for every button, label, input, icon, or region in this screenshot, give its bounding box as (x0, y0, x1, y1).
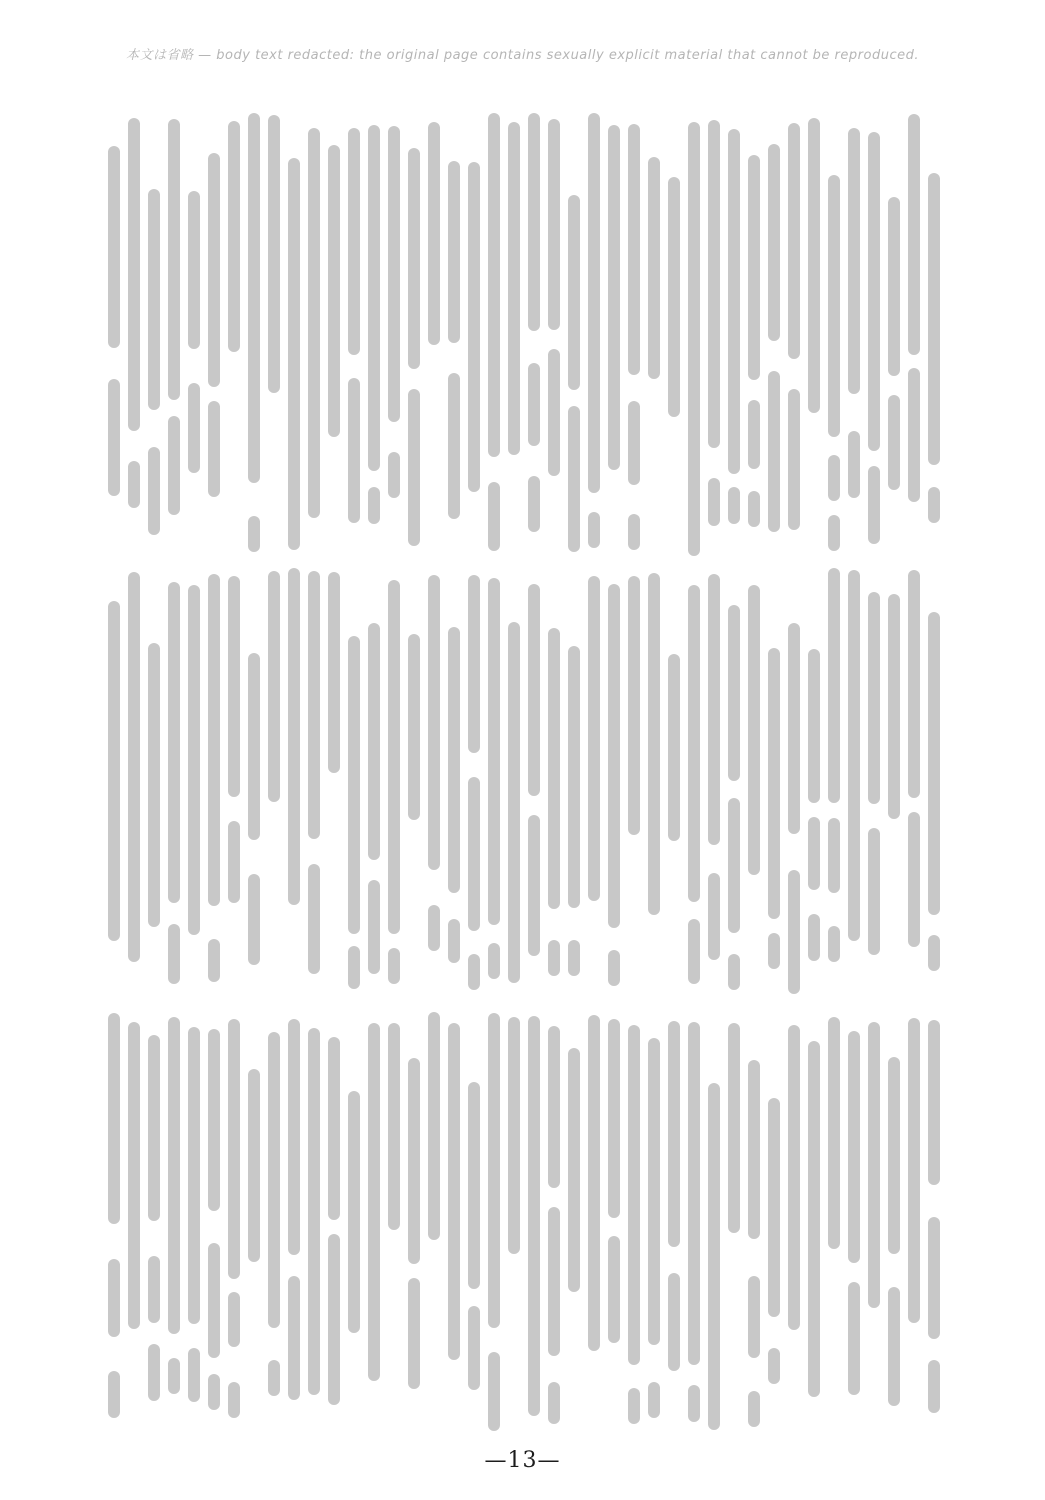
redacted-text-column (448, 568, 460, 963)
redacted-text-run (168, 1358, 180, 1394)
redacted-text-column (308, 112, 320, 544)
redacted-text-column (348, 112, 360, 557)
paragraph-gap (188, 1324, 200, 1348)
redacted-text-run (608, 950, 620, 986)
redacted-text-run (628, 576, 640, 835)
redacted-text-run (468, 575, 480, 753)
paragraph-gap (448, 893, 460, 919)
redacted-text-run (408, 389, 420, 546)
paragraph-gap (928, 465, 940, 487)
column-indent (628, 1012, 640, 1025)
redacted-text-run (828, 515, 840, 551)
redacted-text-run (108, 146, 120, 348)
redacted-text-column (288, 1012, 300, 1419)
redacted-text-run (288, 568, 300, 905)
redacted-text-column (648, 1012, 660, 1418)
redaction-notice: 本文は省略 — body text redacted: the original… (0, 44, 1045, 63)
redacted-text-run (648, 1382, 660, 1418)
redacted-text-column (528, 1012, 540, 1416)
redacted-text-column (808, 568, 820, 961)
column-indent (168, 568, 180, 582)
redacted-text-column (308, 568, 320, 974)
paragraph-gap (468, 1289, 480, 1306)
column-indent (388, 112, 400, 126)
redacted-text-run (688, 919, 700, 984)
column-indent (548, 568, 560, 628)
redacted-text-column (368, 568, 380, 974)
redacted-text-run (888, 197, 900, 376)
redacted-text-column (608, 112, 620, 470)
paragraph-gap (668, 1247, 680, 1273)
redacted-text-run (488, 482, 500, 551)
paragraph-gap (868, 451, 880, 466)
redacted-text-column (728, 112, 740, 524)
redacted-text-run (928, 1360, 940, 1413)
redacted-text-run (308, 1028, 320, 1395)
redacted-text-run (688, 1022, 700, 1365)
paragraph-gap (408, 1389, 420, 1408)
column-indent (548, 1012, 560, 1026)
redacted-text-column (388, 112, 400, 521)
redacted-text-run (608, 1236, 620, 1343)
redacted-text-run (808, 914, 820, 961)
redacted-text-run (548, 349, 560, 476)
column-indent (428, 112, 440, 122)
redacted-text-column (788, 1012, 800, 1330)
redacted-text-column (808, 1012, 820, 1397)
paragraph-gap (108, 941, 120, 976)
redacted-text-run (768, 371, 780, 532)
redacted-text-run (328, 145, 340, 437)
redacted-text-run (928, 487, 940, 523)
column-indent (348, 1012, 360, 1091)
redacted-text-run (388, 580, 400, 934)
redacted-text-run (288, 1019, 300, 1255)
redacted-text-column (888, 112, 900, 490)
redacted-text-run (268, 1032, 280, 1328)
redacted-text-run (628, 514, 640, 550)
column-indent (248, 1012, 260, 1069)
redacted-text-run (128, 461, 140, 508)
paragraph-gap (208, 1211, 220, 1243)
column-indent (388, 1012, 400, 1023)
redacted-text-column (848, 568, 860, 941)
redacted-text-run (248, 874, 260, 965)
paragraph-gap (408, 369, 420, 389)
paragraph-gap (768, 919, 780, 933)
redacted-text-run (388, 948, 400, 984)
redacted-text-column (908, 1012, 920, 1323)
redacted-text-column (108, 1012, 120, 1418)
paragraph-gap (928, 523, 940, 556)
paragraph-gap (928, 915, 940, 935)
column-indent (868, 568, 880, 592)
redacted-text-run (148, 189, 160, 410)
redacted-text-run (828, 455, 840, 501)
redacted-text-column (388, 1012, 400, 1230)
redacted-text-run (848, 570, 860, 941)
column-indent (368, 112, 380, 125)
redacted-text-column (768, 112, 780, 532)
redacted-text-run (568, 646, 580, 908)
redacted-text-column (868, 1012, 880, 1308)
paragraph-gap (928, 1339, 940, 1360)
redacted-text-run (628, 1388, 640, 1424)
redacted-text-run (348, 946, 360, 989)
column-indent (288, 112, 300, 158)
redacted-text-column (468, 568, 480, 990)
redacted-text-run (728, 798, 740, 933)
redacted-text-column (308, 1012, 320, 1419)
redacted-text-run (868, 592, 880, 804)
redacted-text-column (248, 112, 260, 552)
paragraph-gap (168, 400, 180, 416)
redacted-text-run (548, 628, 560, 909)
redacted-text-run (768, 648, 780, 919)
redacted-text-run (768, 1348, 780, 1384)
column-indent (888, 1012, 900, 1057)
redacted-text-column (428, 1012, 440, 1240)
redacted-text-run (148, 1035, 160, 1221)
column-indent (148, 1012, 160, 1035)
column-indent (308, 1012, 320, 1028)
redacted-text-run (588, 512, 600, 548)
redacted-text-column (188, 1012, 200, 1402)
paragraph-gap (548, 1188, 560, 1207)
column-indent (448, 1012, 460, 1023)
paragraph-gap (388, 422, 400, 452)
paragraph-gap (108, 1337, 120, 1371)
column-indent (408, 112, 420, 148)
redacted-text-run (748, 155, 760, 380)
redacted-text-column (508, 112, 520, 455)
redacted-text-column (368, 1012, 380, 1381)
redacted-text-run (368, 487, 380, 524)
column-indent (188, 568, 200, 585)
paragraph-gap (888, 376, 900, 395)
column-indent (808, 1012, 820, 1041)
paragraph-gap (768, 1317, 780, 1348)
redacted-text-run (688, 585, 700, 902)
redacted-text-run (348, 636, 360, 934)
redacted-text-column (228, 568, 240, 903)
column-indent (888, 568, 900, 594)
column-indent (208, 112, 220, 153)
redacted-text-run (108, 1013, 120, 1224)
redacted-text-run (268, 1360, 280, 1396)
redacted-text-run (888, 594, 900, 819)
redacted-text-run (728, 1023, 740, 1233)
redacted-text-run (228, 1019, 240, 1279)
column-indent (828, 112, 840, 175)
paragraph-gap (148, 1221, 160, 1256)
redacted-text-run (828, 568, 840, 803)
paragraph-gap (348, 355, 360, 378)
redacted-text-run (388, 452, 400, 498)
column-indent (668, 568, 680, 654)
paragraph-gap (528, 956, 540, 985)
column-indent (428, 568, 440, 575)
redacted-text-run (448, 1023, 460, 1360)
redacted-text-run (848, 1282, 860, 1395)
paragraph-gap (888, 1254, 900, 1287)
paragraph-gap (908, 798, 920, 812)
redacted-text-run (548, 940, 560, 976)
column-indent (328, 112, 340, 145)
redacted-text-run (888, 395, 900, 490)
redacted-text-run (868, 1022, 880, 1308)
redacted-text-column (488, 568, 500, 979)
redacted-text-column (288, 568, 300, 905)
paragraph-gap (848, 1395, 860, 1407)
column-indent (728, 1012, 740, 1023)
column-indent (168, 112, 180, 119)
redacted-text-run (208, 401, 220, 497)
paragraph-gap (908, 355, 920, 368)
paragraph-gap (308, 518, 320, 544)
redacted-text-run (348, 128, 360, 355)
column-indent (628, 568, 640, 576)
redacted-text-column (508, 568, 520, 983)
redacted-text-column (848, 1012, 860, 1407)
lower-text-band (85, 1012, 940, 1432)
redacted-text-run (868, 828, 880, 955)
paragraph-gap (608, 1218, 620, 1236)
paragraph-gap (268, 1396, 280, 1410)
redacted-text-column (208, 1012, 220, 1410)
paragraph-gap (468, 931, 480, 954)
column-indent (368, 1012, 380, 1023)
redacted-text-column (468, 1012, 480, 1423)
paragraph-gap (848, 1263, 860, 1282)
redacted-text-column (928, 1012, 940, 1413)
redacted-text-run (688, 122, 700, 556)
paragraph-gap (628, 1365, 640, 1388)
redacted-text-column (588, 1012, 600, 1351)
paragraph-gap (568, 976, 580, 998)
redacted-text-run (788, 623, 800, 834)
upper-text-band (85, 112, 940, 557)
paragraph-gap (208, 497, 220, 525)
paragraph-gap (528, 796, 540, 815)
redacted-text-run (528, 1016, 540, 1416)
redacted-text-run (208, 939, 220, 982)
redacted-text-run (468, 1306, 480, 1390)
redacted-text-column (168, 568, 180, 984)
column-indent (788, 568, 800, 623)
paragraph-gap (168, 1394, 180, 1406)
redacted-text-column (648, 112, 660, 379)
column-indent (488, 568, 500, 578)
paragraph-gap (188, 349, 200, 383)
column-indent (108, 112, 120, 146)
paragraph-gap (748, 1239, 760, 1276)
column-indent (608, 568, 620, 584)
redacted-text-run (168, 1017, 180, 1334)
redacted-text-run (808, 1041, 820, 1397)
redacted-text-run (848, 128, 860, 394)
redacted-text-run (628, 124, 640, 375)
paragraph-gap (388, 498, 400, 521)
redacted-text-column (868, 568, 880, 992)
redacted-text-run (908, 812, 920, 947)
column-indent (888, 112, 900, 197)
paragraph-gap (228, 1347, 240, 1382)
redacted-text-run (208, 574, 220, 906)
redacted-text-column (488, 112, 500, 551)
redacted-text-column (248, 568, 260, 965)
redacted-text-column (628, 1012, 640, 1424)
redacted-text-run (668, 654, 680, 841)
paragraph-gap (148, 1323, 160, 1344)
redacted-text-run (768, 933, 780, 969)
redacted-text-column (408, 568, 420, 820)
redacted-text-run (408, 1278, 420, 1389)
redacted-text-run (428, 905, 440, 951)
column-indent (308, 112, 320, 128)
column-indent (568, 1012, 580, 1048)
redacted-text-run (708, 574, 720, 845)
redacted-text-run (148, 1256, 160, 1323)
column-indent (108, 568, 120, 601)
redacted-text-run (748, 1060, 760, 1239)
redacted-text-run (208, 1243, 220, 1358)
redacted-text-run (728, 129, 740, 474)
page-number: —13— (0, 1448, 1045, 1473)
redacted-text-column (668, 112, 680, 417)
redacted-text-run (228, 576, 240, 797)
redacted-text-column (268, 112, 280, 393)
paragraph-gap (128, 508, 140, 539)
paragraph-gap (828, 501, 840, 515)
redacted-text-run (368, 125, 380, 471)
redacted-text-run (228, 121, 240, 352)
paragraph-gap (868, 804, 880, 828)
redacted-text-column (148, 1012, 160, 1401)
column-indent (228, 568, 240, 576)
redacted-text-column (128, 1012, 140, 1329)
paragraph-gap (728, 781, 740, 798)
redacted-text-column (908, 112, 920, 502)
redacted-text-column (828, 1012, 840, 1249)
redacted-text-run (268, 571, 280, 802)
paragraph-gap (268, 1328, 280, 1360)
paragraph-gap (308, 1395, 320, 1419)
redacted-text-column (488, 1012, 500, 1431)
paragraph-gap (808, 803, 820, 817)
redacted-text-run (528, 815, 540, 956)
column-indent (388, 568, 400, 580)
paragraph-gap (628, 485, 640, 514)
column-indent (148, 568, 160, 643)
redacted-text-run (308, 571, 320, 839)
paragraph-gap (648, 1345, 660, 1382)
column-indent (768, 1012, 780, 1098)
redacted-text-column (128, 568, 140, 978)
redacted-text-column (208, 112, 220, 525)
paragraph-gap (368, 471, 380, 487)
redacted-text-run (368, 623, 380, 860)
column-indent (448, 568, 460, 627)
paragraph-gap (828, 893, 840, 926)
column-indent (568, 568, 580, 646)
redacted-text-column (548, 1012, 560, 1424)
paragraph-gap (548, 330, 560, 349)
redacted-text-run (388, 126, 400, 422)
redacted-text-column (568, 112, 580, 552)
redacted-text-column (888, 1012, 900, 1406)
paragraph-gap (348, 934, 360, 946)
redacted-text-run (268, 115, 280, 393)
redacted-text-run (128, 1022, 140, 1329)
redacted-text-run (608, 125, 620, 470)
redacted-text-run (928, 173, 940, 465)
paragraph-gap (488, 925, 500, 943)
redacted-text-run (628, 1025, 640, 1365)
redacted-text-run (828, 926, 840, 962)
redacted-text-column (768, 1012, 780, 1411)
paragraph-gap (308, 839, 320, 864)
redacted-text-run (708, 478, 720, 526)
redacted-text-column (328, 112, 340, 437)
column-indent (188, 112, 200, 191)
paragraph-gap (868, 955, 880, 992)
paragraph-gap (468, 1390, 480, 1423)
redacted-text-run (868, 466, 880, 544)
redacted-text-run (308, 128, 320, 518)
redacted-text-run (368, 1023, 380, 1381)
redacted-text-run (708, 1083, 720, 1430)
redacted-text-run (348, 378, 360, 523)
redacted-text-column (588, 568, 600, 901)
column-indent (768, 568, 780, 648)
redacted-text-run (808, 118, 820, 413)
redacted-text-column (428, 112, 440, 345)
redacted-text-column (668, 568, 680, 841)
redacted-text-column (508, 1012, 520, 1254)
redacted-text-run (788, 389, 800, 530)
column-indent (788, 1012, 800, 1025)
column-indent (628, 112, 640, 124)
column-indent (728, 568, 740, 605)
redacted-text-run (408, 148, 420, 369)
paragraph-gap (388, 934, 400, 948)
paragraph-gap (548, 1356, 560, 1382)
redacted-text-column (548, 568, 560, 990)
redacted-text-run (888, 1287, 900, 1406)
column-indent (848, 112, 860, 128)
redacted-text-run (148, 447, 160, 535)
column-indent (688, 1012, 700, 1022)
book-page: 本文は省略 — body text redacted: the original… (0, 0, 1045, 1500)
redacted-text-column (808, 112, 820, 413)
redacted-text-run (768, 144, 780, 341)
redacted-text-run (248, 1069, 260, 1262)
redacted-text-run (608, 1019, 620, 1218)
redacted-text-column (448, 112, 460, 519)
redacted-text-run (188, 1027, 200, 1324)
redacted-text-run (208, 1029, 220, 1211)
paragraph-gap (748, 380, 760, 400)
redacted-text-run (228, 1382, 240, 1418)
column-indent (528, 568, 540, 584)
redacted-text-run (448, 919, 460, 963)
redacted-text-run (188, 383, 200, 473)
redacted-text-column (428, 568, 440, 982)
redacted-text-run (468, 777, 480, 931)
redacted-text-run (168, 119, 180, 400)
redacted-text-run (828, 175, 840, 437)
